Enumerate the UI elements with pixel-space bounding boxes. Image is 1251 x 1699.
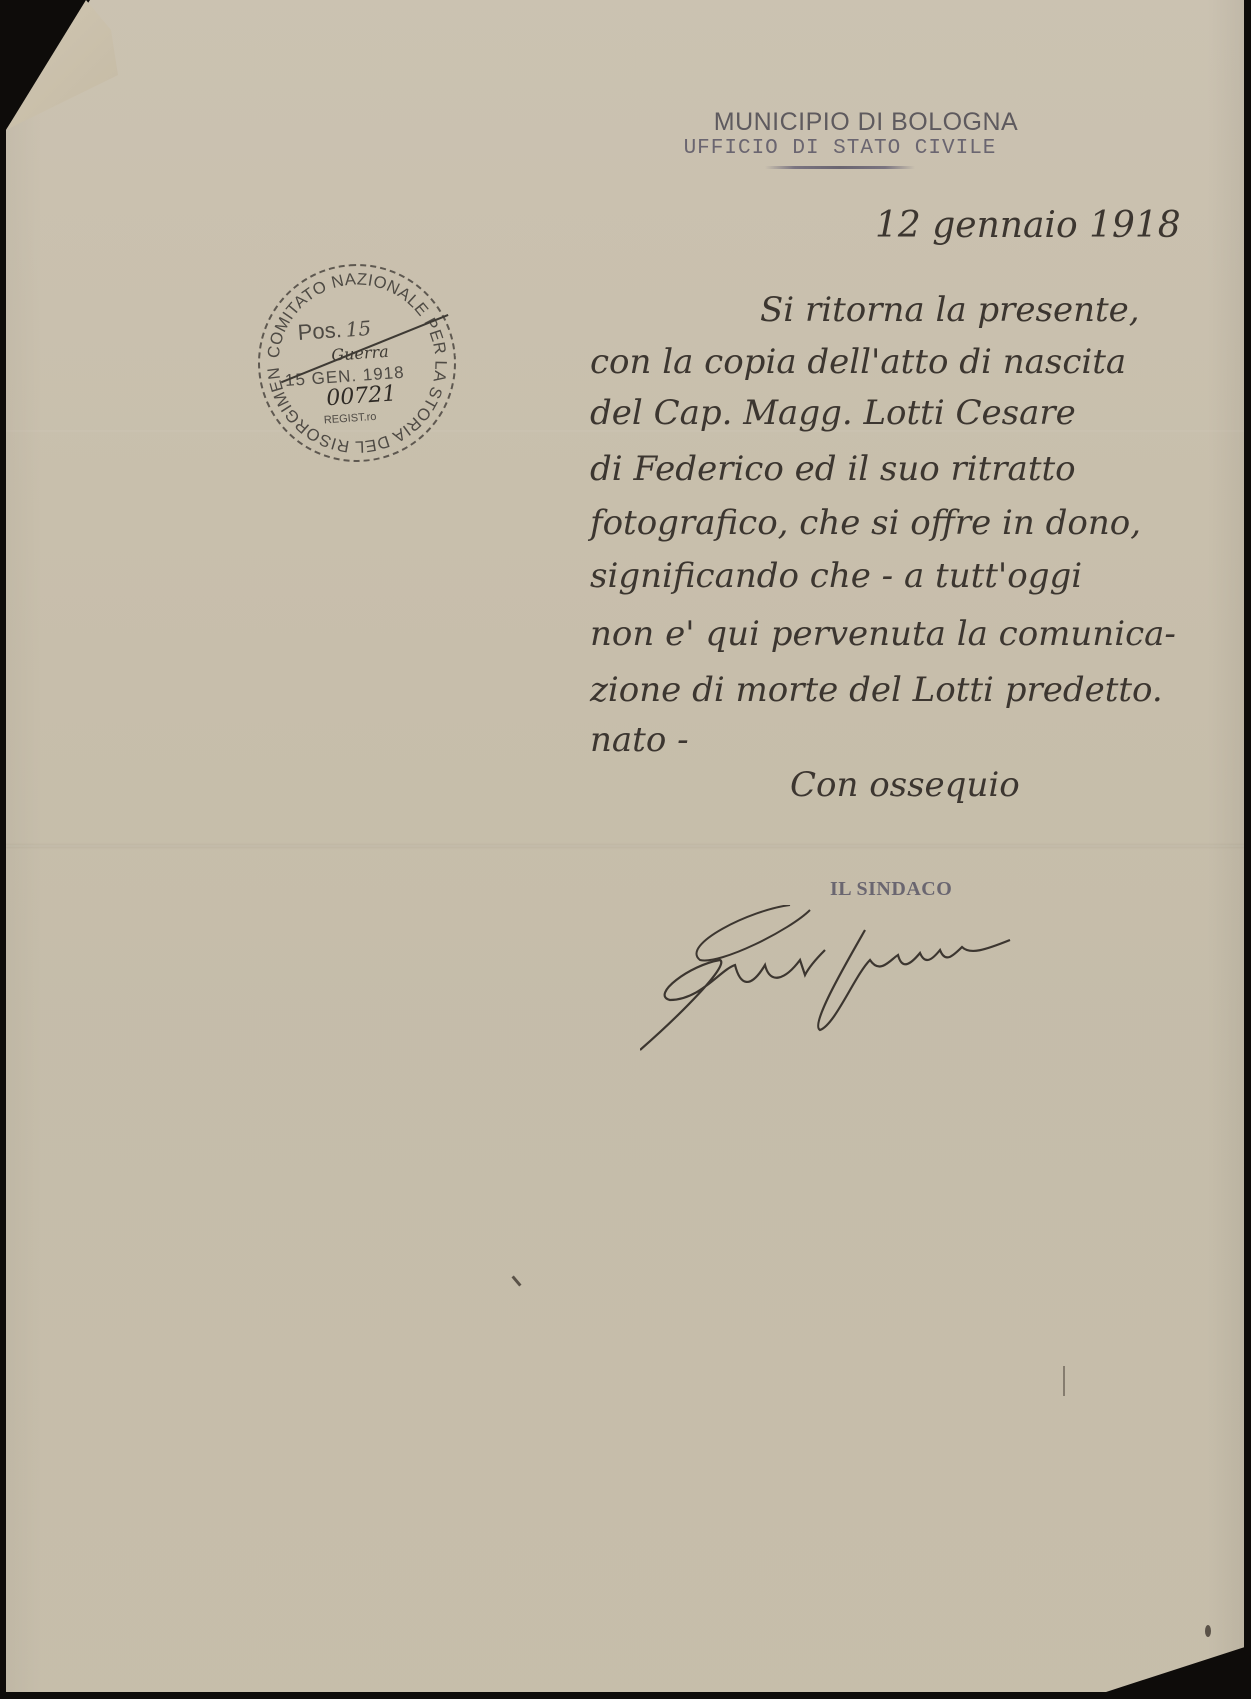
- body-line: significando che - a tutt'oggi: [590, 556, 1082, 596]
- stamp-ring-icon: COMITATO NAZIONALE PER LA STORIA DEL RIS…: [253, 259, 460, 466]
- letterhead-municipio: MUNICIPIO DI BOLOGNA: [612, 108, 1120, 137]
- body-line: di Federico ed il suo ritratto: [590, 449, 1076, 489]
- body-line: non e' qui pervenuta la comunica-: [590, 614, 1176, 654]
- letter-date: 12 gennaio 1918: [875, 205, 1181, 246]
- ink-speck: [1063, 1366, 1065, 1396]
- signature: [640, 905, 1160, 1055]
- receipt-stamp: COMITATO NAZIONALE PER LA STORIA DEL RIS…: [251, 257, 462, 468]
- stamp-protocol-number: 00721: [326, 381, 398, 411]
- ink-speck: [1205, 1625, 1211, 1637]
- paper-sheet: [6, 0, 1244, 1692]
- letterhead-stamp: MUNICIPIO DI BOLOGNA UFFICIO DI STATO CI…: [640, 108, 1120, 169]
- body-line: con la copia dell'atto di nascita: [590, 342, 1126, 382]
- body-line: del Cap. Magg. Lotti Cesare: [590, 393, 1076, 433]
- body-line: fotografico, che si offre in dono,: [590, 503, 1141, 543]
- stamp-ring: COMITATO NAZIONALE PER LA STORIA DEL RIS…: [253, 259, 460, 466]
- closing-salutation: Con ossequio: [790, 765, 1020, 805]
- stamp-pos-label: Pos.: [297, 317, 343, 345]
- stamp-pos-value: 15: [345, 316, 372, 342]
- fold-crease: [6, 845, 1244, 847]
- body-line: Si ritorna la presente,: [760, 290, 1140, 330]
- ornament-divider: [765, 166, 915, 169]
- letterhead-ufficio: UFFICIO DI STATO CIVILE: [560, 137, 1120, 160]
- body-line: nato -: [590, 720, 689, 760]
- stamp-category: Guerra: [331, 342, 390, 365]
- signature-icon: [640, 905, 1160, 1055]
- stamp-pos: Pos.15: [297, 315, 372, 346]
- sindaco-stamp: IL SINDACO: [830, 878, 952, 901]
- body-line: zione di morte del Lotti predetto.: [590, 670, 1163, 710]
